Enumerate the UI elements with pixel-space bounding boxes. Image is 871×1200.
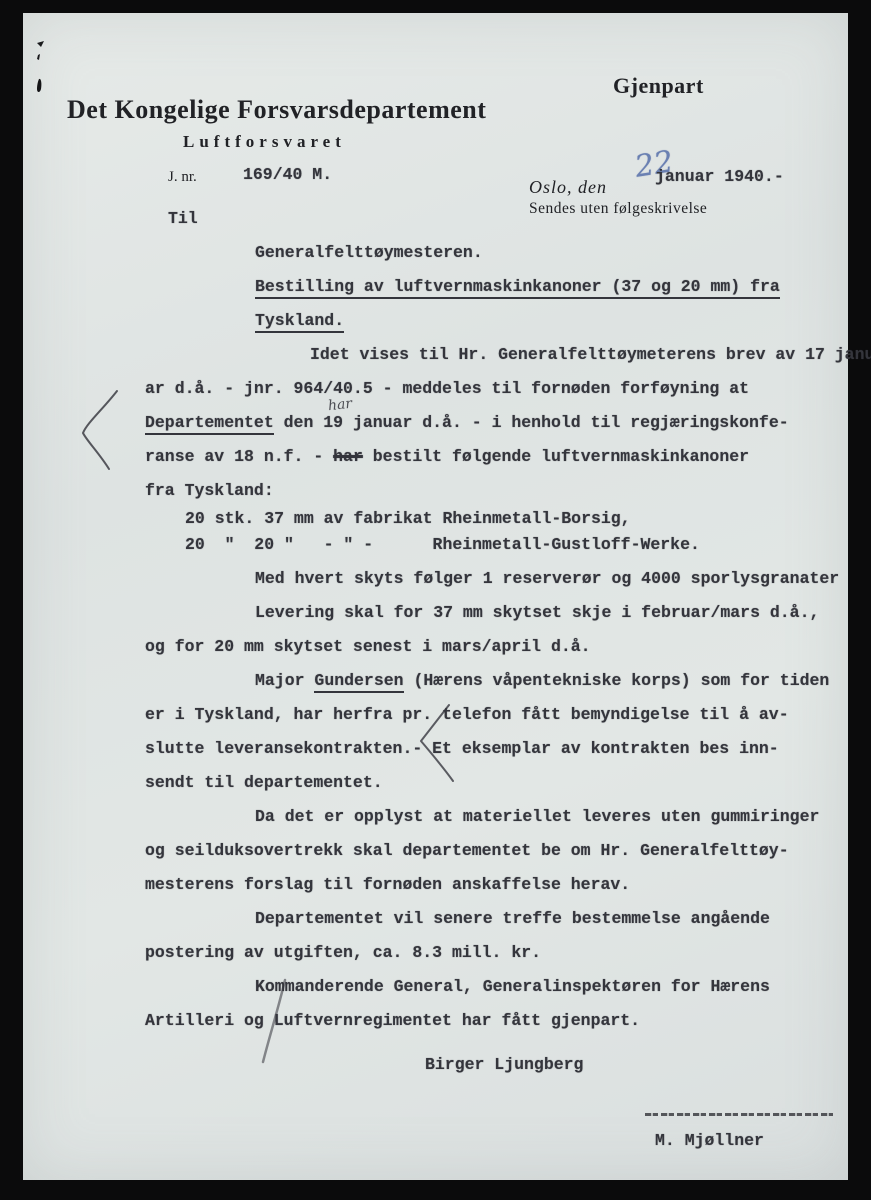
subject-line-2: Tyskland. — [255, 311, 835, 345]
margin-chevron-mark — [75, 385, 125, 475]
scan-background: { "document": { "copy_label": "Gjenpart"… — [0, 0, 871, 1200]
body-line: og for 20 mm skytset senest i mars/april… — [145, 637, 835, 671]
body-line: ranse av 18 n.f. - har bestilt følgende … — [145, 447, 835, 481]
salutation: Til — [168, 209, 835, 243]
organization-title: Det Kongelige Forsvarsdepartement — [67, 95, 486, 125]
underlined-word-gundersen: Gundersen — [314, 671, 403, 693]
subject-line-1-text: Bestilling av luftvernmaskinkanoner (37 … — [255, 277, 780, 299]
dateline-place: Oslo, den — [529, 177, 607, 198]
letter-page: Gjenpart Det Kongelige Forsvarsdeparteme… — [23, 13, 848, 1180]
journal-number-label: J. nr. — [168, 169, 197, 186]
body-line-text: den 19 januar d.å. - i henhold til regjæ… — [274, 413, 789, 432]
journal-number-value: 169/40 M. — [243, 165, 332, 184]
body-line-text: bestilt følgende luftvernmaskinkanoner — [363, 447, 749, 466]
body-line: Major Gundersen (Hærens våpentekniske ko… — [255, 671, 835, 705]
body-line: ar d.å. - jnr. 964/40.5 - meddeles til f… — [145, 379, 835, 413]
body-line: og seilduksovertrekk skal departementet … — [145, 841, 835, 875]
body-line-text: Major — [255, 671, 314, 690]
order-item-1: 20 stk. 37 mm av fabrikat Rheinmetall-Bo… — [185, 509, 835, 535]
countersign-separator-line — [645, 1113, 833, 1116]
countersign-name: M. Mjøllner — [655, 1131, 764, 1150]
body-line: Kommanderende General, Generalinspektøre… — [255, 977, 835, 1011]
body-line: Med hvert skyts følger 1 reserverør og 4… — [255, 569, 835, 603]
subject-line-2-text: Tyskland. — [255, 311, 344, 333]
body-line: Departementet den 19 januar d.å. - i hen… — [145, 413, 835, 447]
letter-body: Til Generalfelttøymesteren. Bestilling a… — [145, 209, 835, 1089]
organization-branch: Luftforsvaret — [183, 132, 346, 152]
body-line: postering av utgiften, ca. 8.3 mill. kr. — [145, 943, 835, 977]
body-line: Da det er opplyst at materiellet leveres… — [255, 807, 835, 841]
subject-line-1: Bestilling av luftvernmaskinkanoner (37 … — [255, 277, 835, 311]
underlined-word-departementet: Departementet — [145, 413, 274, 435]
body-line: slutte leveransekontrakten.- Et eksempla… — [145, 739, 835, 773]
body-line: Levering skal for 37 mm skytset skje i f… — [255, 603, 835, 637]
body-line: mesterens forslag til fornøden anskaffel… — [145, 875, 835, 909]
recipient-line: Generalfelttøymesteren. — [255, 243, 835, 277]
body-line: sendt til departementet. — [145, 773, 835, 807]
body-line: Artilleri og Luftvernregimentet har fått… — [145, 1011, 835, 1045]
body-line: Idet vises til Hr. Generalfelttøymeteren… — [310, 345, 835, 379]
struck-word-har: har — [333, 447, 363, 466]
body-line: Departementet vil senere treffe bestemme… — [255, 909, 835, 943]
body-line: fra Tyskland: — [145, 481, 835, 509]
ink-speck-marks — [29, 39, 49, 99]
typed-date: januar 1940.- — [655, 167, 784, 186]
signature-name: Birger Ljungberg — [425, 1055, 835, 1089]
body-line-text: ranse av 18 n.f. - — [145, 447, 333, 466]
copy-label: Gjenpart — [613, 73, 704, 99]
body-line: er i Tyskland, har herfra pr. telefon få… — [145, 705, 835, 739]
body-line-text: (Hærens våpentekniske korps) som for tid… — [404, 671, 830, 690]
order-item-2: 20 " 20 " - " - Rheinmetall-Gustloff-Wer… — [185, 535, 835, 569]
